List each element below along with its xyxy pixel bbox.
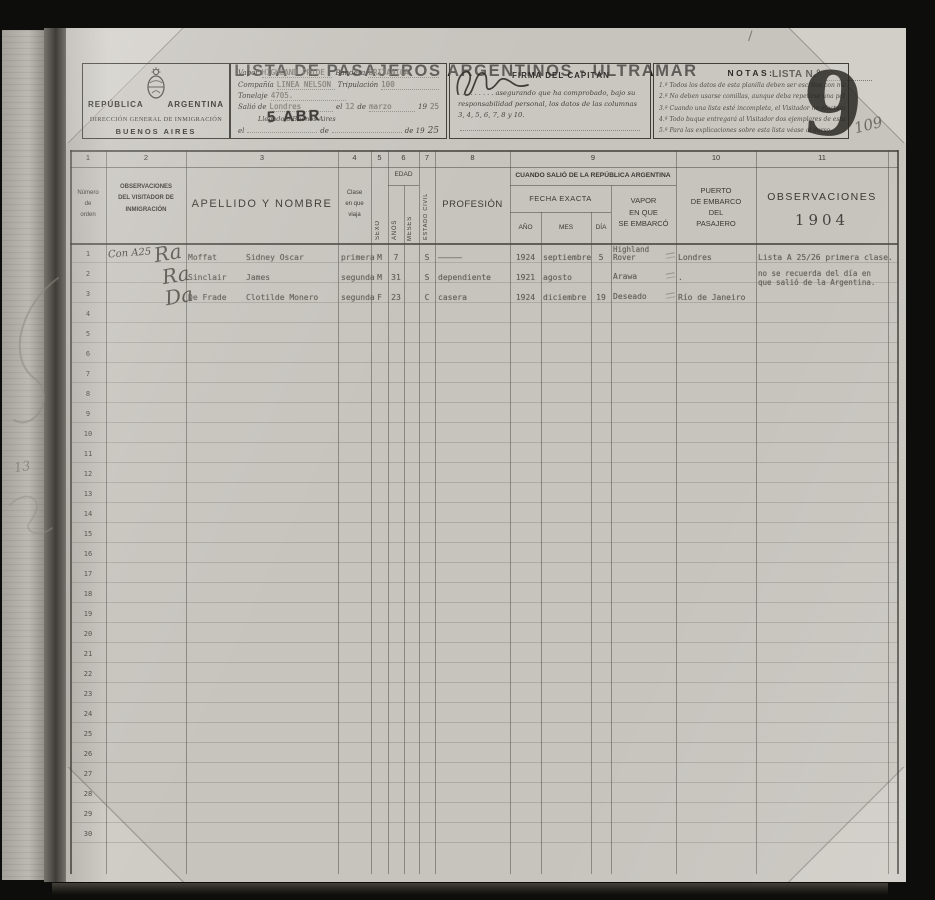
profession: casera [438,293,467,302]
row-number: 17 [70,570,106,578]
el-label: el [238,127,244,135]
row-observations: Lista A 25/26 primera clase. [758,253,893,263]
departure-year: 1921 [510,273,541,282]
header-vapor-embarco: VAPOR EN QUE SE EMBARCÓ [611,195,676,230]
argentina-coat-of-arms [142,66,170,102]
column-number: 8 [435,153,510,162]
row-number: 30 [70,830,106,838]
departure-year: 1924 [510,293,541,302]
row-number: 28 [70,790,106,798]
age-years: 31 [388,273,404,282]
age-years: 7 [388,253,404,262]
el-label: el [336,103,342,111]
departure-month: diciembre [543,293,586,302]
row-number: 25 [70,730,106,738]
salio-mes-value: marzo [369,102,392,111]
ship-details-box: Vapor HIGHLAND PRIDE Bandera BRITANICA C… [230,63,447,139]
captain-signature-box: FIRMA DEL CAPITÁN .........asegurando qu… [449,63,651,139]
column-number: 4 [338,153,371,162]
header-clase: Clase en que viaja [338,188,371,220]
embark-port: Londres [678,253,712,262]
header-meses: MESES [407,191,413,241]
column-number: 3 [186,153,338,162]
row-number: 7 [70,370,106,378]
column-number: 9 [510,153,676,162]
civil-status: S [419,273,435,282]
salio-de-label: Salió de [238,103,267,111]
civil-status: S [419,253,435,262]
header-observaciones: OBSERVACIONES [756,191,888,203]
tonelaje-label: Tonelaje [238,92,268,100]
departure-ship: Highland Rover [613,246,677,263]
row-number: 13 [70,490,106,498]
row-number: 5 [70,330,106,338]
llegado-anio-handwritten: 25 [428,126,439,136]
passenger-row: Sinclair James segunda M 31 S dependient… [70,267,898,287]
header-cuando-salio: CUANDO SALIÓ DE LA REPÚBLICA ARGENTINA [510,172,676,179]
document-page: LISTA DE PASAJEROS ARGENTINOS - ULTRAMAR… [66,28,906,882]
row-number: 8 [70,390,106,398]
row-number: 12 [70,470,106,478]
argentina-label: ARGENTINA [167,100,224,109]
column-number: 2 [106,153,186,162]
header-numero: Número de orden [70,188,106,220]
row-number: 4 [70,310,106,318]
salio-anio-value: 25 [430,102,439,111]
row-number: 24 [70,710,106,718]
embark-port: Río de Janeiro [678,293,745,302]
travel-class: segunda [341,293,375,302]
column-number: 11 [756,153,888,162]
sex: F [371,293,388,302]
age-years: 23 [388,293,404,302]
header-edad: EDAD [388,171,419,178]
de-label: de [320,127,329,135]
header-fecha-exacta: FECHA EXACTA [510,194,611,203]
table-hline [510,212,611,213]
row-number: 16 [70,550,106,558]
column-number: 6 [388,153,419,162]
arrival-date-stamp: 5 ABR [267,107,322,126]
surname: De Frade [188,293,227,302]
header-sexo: SEXO [375,192,381,240]
row-number: 21 [70,650,106,658]
row-number: 29 [70,810,106,818]
firma-capitan-label: FIRMA DEL CAPITÁN [512,71,610,80]
anio-prefix: 19 [418,103,427,111]
row-number: 6 [70,350,106,358]
header-observaciones-visitador: OBSERVACIONES DEL VISITADOR DE INMIGRACI… [106,182,186,216]
year-stamp: 1904 [756,211,888,229]
header-puerto-embarco: PUERTO DE EMBARCO DEL PASAJERO [676,186,756,230]
profession: dependiente [438,273,491,282]
row-number: 26 [70,750,106,758]
direccion-label: DIRECCIÓN GENERAL DE INMIGRACIÓN [83,116,229,123]
profession: ————— [438,253,462,262]
vapor-label: Vapor [238,69,259,77]
header-anio: AÑO [510,224,541,231]
row-number: 14 [70,510,106,518]
vapor-value: HIGHLAND PRIDE [262,68,325,77]
signature-line [460,130,640,131]
row-number: 9 [70,410,106,418]
column-number: 5 [371,153,388,162]
tripulacion-label: Tripulación [338,81,379,89]
row-number: 15 [70,530,106,538]
travel-class: segunda [341,273,375,282]
table-hline [510,185,676,186]
tripulacion-value: 100 [381,80,395,89]
issuing-office-box: REPÚBLICA ARGENTINA DIRECCIÓN GENERAL DE… [82,63,230,139]
departure-year: 1924 [510,253,541,262]
header-apellido-nombre: APELLIDO Y NOMBRE [186,198,338,210]
republica-label: REPÚBLICA [88,100,144,109]
compania-label: Compañía [238,81,274,89]
passenger-row: Moffat Sidney Oscar primera M 7 S ————— … [70,247,898,267]
table-body: 1234567891011121314151617181920212223242… [70,243,898,843]
row-number: 10 [70,430,106,438]
departure-ship: Arawa [613,273,677,282]
header-mes: MES [541,224,591,231]
row-number: 23 [70,690,106,698]
given-names: James [246,273,270,282]
compania-value: LINEA NELSON [277,80,331,89]
header-estado-civil: ESTADO CIVIL [423,180,429,240]
table-hline [70,150,898,152]
table-hline [70,167,898,168]
column-number: 7 [419,153,435,162]
row-number: 11 [70,450,106,458]
sex: M [371,273,388,282]
tonelaje-value: 4705. [271,91,294,100]
given-names: Clotilde Monero [246,293,318,302]
surname: Sinclair [188,273,227,282]
row-number: 22 [70,670,106,678]
passenger-row: De Frade Clotilde Monero segunda F 23 C … [70,287,898,307]
header-profesion: PROFESIÓN [435,199,510,210]
row-number: 27 [70,770,106,778]
departure-month: septiembre [543,253,591,262]
column-number: 10 [676,153,756,162]
buenos-aires-label: BUENOS AIRES [83,127,229,136]
departure-month: agosto [543,273,572,282]
column-number: 1 [70,153,106,162]
civil-status: C [419,293,435,302]
header-dia: DÍA [591,224,611,231]
row-number: 20 [70,630,106,638]
sex: M [371,253,388,262]
surname: Moffat [188,253,217,262]
de19-label: de 19 [405,127,425,135]
row-number: 19 [70,610,106,618]
bandera-value: BRITANICA [368,68,409,77]
desk-edge [52,883,888,895]
departure-ship: Deseado [613,293,677,302]
travel-class: primera [341,253,375,262]
salio-dia-value: 12 [345,102,354,111]
departure-day: 5 [591,253,611,262]
given-names: Sidney Oscar [246,253,304,262]
row-observations: no se recuerda del día en que salió de l… [758,269,875,287]
pencil-scribble [0,270,72,550]
pencil-tick [741,28,753,41]
de-label: de [357,103,366,111]
row-number: 18 [70,590,106,598]
captain-attestation-text: .........asegurando que ha comprobado, b… [458,88,644,122]
embark-port: . [678,273,683,282]
bandera-label: Bandera [335,69,365,77]
header-anios: AÑOS [392,192,398,240]
departure-day: 19 [591,293,611,302]
